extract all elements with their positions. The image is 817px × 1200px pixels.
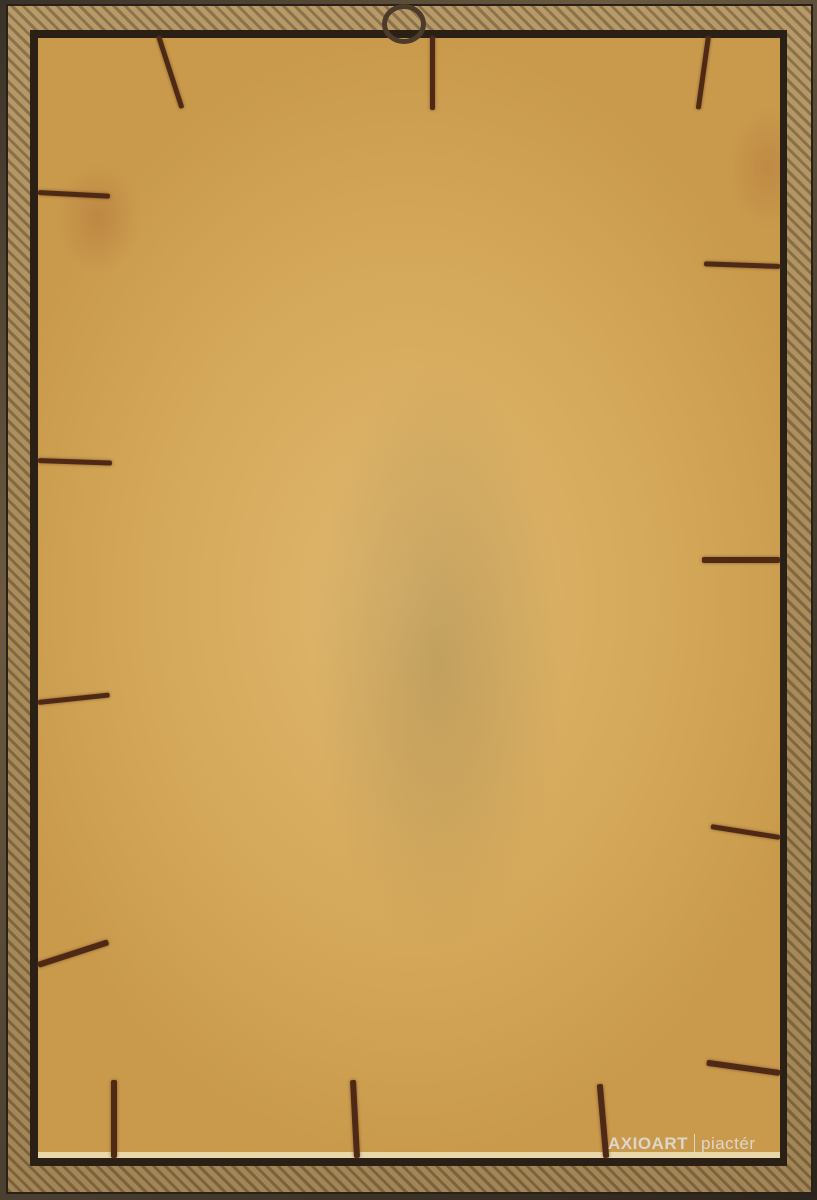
watermark: AXIOART piactér — [608, 1134, 756, 1154]
nail-right-2 — [702, 557, 780, 563]
watermark-brand: AXIOART — [608, 1134, 688, 1154]
photo: AXIOART piactér — [0, 0, 817, 1200]
hanging-ring — [382, 4, 426, 44]
watermark-sub: piactér — [701, 1134, 756, 1154]
nail-top-2 — [430, 36, 435, 110]
cardboard-backing — [38, 38, 780, 1158]
nail-bottom-1 — [111, 1080, 117, 1158]
watermark-separator — [694, 1134, 695, 1154]
